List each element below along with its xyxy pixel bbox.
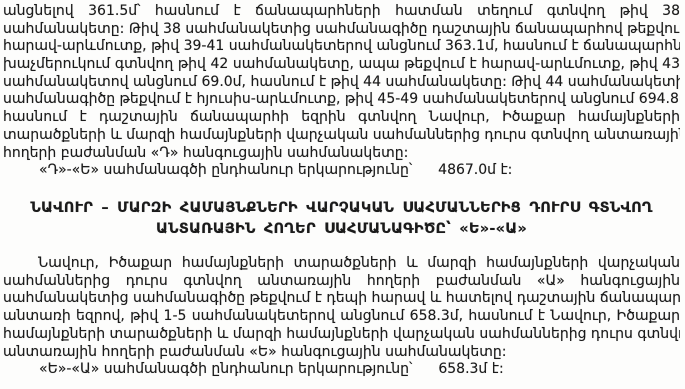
paragraph-line: սահմանագիծը թեքվում է հյուսիս-արևմուտք, … [3,91,680,109]
paragraph-boundary-description-d-e: անցնելով 361.5մ՝ հասնում է ճանապարհների … [3,3,680,162]
boundary-length-label: «Ե»-«Ա» սահմանագծի ընդհանուր երկարությու… [39,361,412,377]
boundary-length-summary-d-e: «Դ»-«Ե» սահմանագծի ընդհանուր երկարությու… [3,162,680,180]
paragraph-line: հարավ-արևմուտք, թիվ 39-41 սահմանակետերով… [3,38,680,56]
paragraph-line: հասնում է դաշտային ճանապարհի եզրին գտնվո… [3,109,680,127]
scanned-document-page: անցնելով 361.5մ՝ հասնում է ճանապարհների … [0,0,685,389]
boundary-length-value: 658.3մ է: [438,361,503,377]
paragraph-line: համայնքների տարածքների և մարզի համայնքնե… [3,326,680,344]
paragraph-line: խաչմերուկում գտնվող թիվ 42 սահմանակետը, … [3,56,680,74]
paragraph-line: անտառի եզրով, թիվ 1-5 սահմանակետերով անց… [3,308,680,326]
section-heading-line-1: ՆԱՎՈՒՐ – ՄԱՐԶԻ ՀԱՄԱՅՆՔՆԵՐԻ ՎԱՐՉԱԿԱՆ ՍԱՀՄ… [3,197,680,219]
paragraph-line: սահմանակետից սահմանագիծը թեքվում է դեպի … [3,290,680,308]
paragraph-boundary-description-e-a: Նավուր, Իծաքար համայնքների տարածքների և … [3,255,680,361]
paragraph-line: տարածքների և մարզի համայնքների վարչական … [3,127,680,145]
boundary-length-label: «Դ»-«Ե» սահմանագծի ընդհանուր երկարությու… [39,162,412,178]
paragraph-line: սահմանակետը: Թիվ 38 սահմանակետից սահմանա… [3,21,680,39]
boundary-length-summary-e-a: «Ե»-«Ա» սահմանագծի ընդհանուր երկարությու… [3,361,680,379]
section-heading: ՆԱՎՈՒՐ – ՄԱՐԶԻ ՀԱՄԱՅՆՔՆԵՐԻ ՎԱՐՉԱԿԱՆ ՍԱՀՄ… [3,197,680,240]
paragraph-line: սահմանակետով անցնում 69.0մ, հասնում է թի… [3,74,680,92]
paragraph-line: Նավուր, Իծաքար համայնքների տարածքների և … [3,255,680,273]
section-heading-line-2: ԱՆՏԱՌԱՅԻՆ ՀՈՂԵՐ ՍԱՀՄԱՆԱԳԻԾԸ՝ «Ե»-«Ա» [3,218,680,240]
boundary-length-value: 4867.0մ է: [438,162,512,178]
paragraph-line: սահմաններից դուրս գտնվող անտառային հողեր… [3,273,680,291]
paragraph-line: անցնելով 361.5մ՝ հասնում է ճանապարհների … [3,3,680,21]
paragraph-line: հողերի բաժանման «Դ» հանգուցային սահմանակ… [3,145,680,163]
paragraph-line: անտառային հողերի բաժանման «Ե» հանգուցայի… [3,344,680,362]
